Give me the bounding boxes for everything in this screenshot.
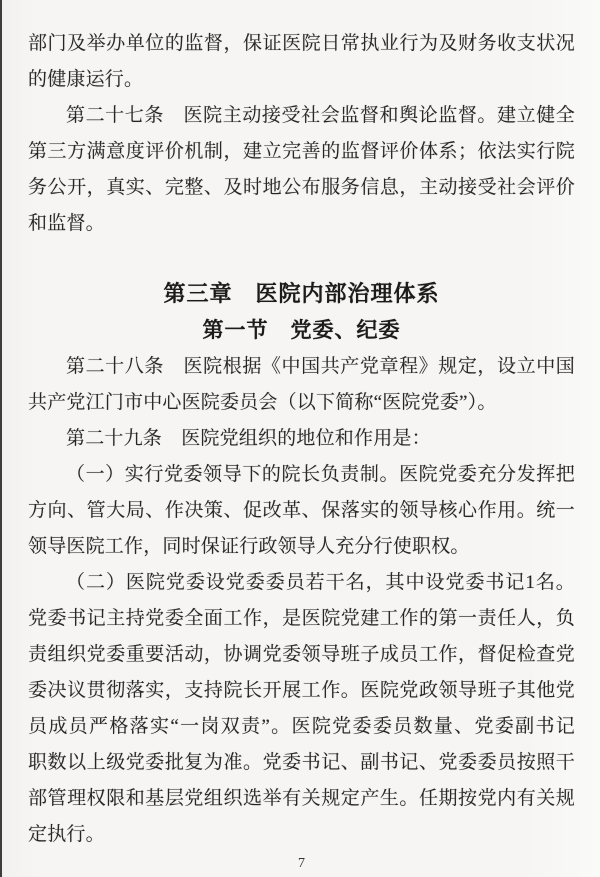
text-line: 第二十七条 医院主动接受社会监督和舆论监督。建立健全 xyxy=(28,98,575,134)
text-line: 第二十九条 医院党组织的地位和作用是： xyxy=(28,421,575,457)
text-line: （二）医院党委设党委委员若干名，其中设党委书记1名。 xyxy=(28,565,575,601)
text-line: 党委书记主持党委全面工作，是医院党建工作的第一责任人，负 xyxy=(28,601,575,637)
text-line: 第二十八条 医院根据《中国共产党章程》规定，设立中国 xyxy=(28,349,575,385)
text-line: 共产党江门市中心医院委员会（以下简称“医院党委”）。 xyxy=(28,385,575,421)
text-line: 部管理权限和基层党组织选举有关规定产生。任期按党内有关规 xyxy=(28,781,575,817)
text-line: 务公开，真实、完整、及时地公布服务信息，主动接受社会评价 xyxy=(28,170,575,206)
text-line: 第三方满意度评价机制，建立完善的监督评价体系；依法实行院 xyxy=(28,134,575,170)
chapter-heading: 第三章 医院内部治理体系 xyxy=(28,275,575,312)
text-line: 领导医院工作，同时保证行政领导人充分行使职权。 xyxy=(28,529,575,565)
text-flow: 部门及举办单位的监督，保证医院日常执业行为及财务收支状况的健康运行。第二十七条 … xyxy=(28,26,575,853)
document-page: 部门及举办单位的监督，保证医院日常执业行为及财务收支状况的健康运行。第二十七条 … xyxy=(0,0,600,877)
section-heading: 第一节 党委、纪委 xyxy=(28,312,575,349)
page-number: 7 xyxy=(28,855,575,873)
scan-edge-artifact xyxy=(0,0,2,877)
text-line: 的健康运行。 xyxy=(28,62,575,98)
text-line: 委决议贯彻落实，支持院长开展工作。医院党政领导班子其他党 xyxy=(28,673,575,709)
text-line: 方向、管大局、作决策、促改革、保落实的领导核心作用。统一 xyxy=(28,493,575,529)
text-line: （一）实行党委领导下的院长负责制。医院党委充分发挥把 xyxy=(28,457,575,493)
text-line: 和监督。 xyxy=(28,206,575,242)
text-line: 责组织党委重要活动，协调党委领导班子成员工作，督促检查党 xyxy=(28,637,575,673)
text-line: 员成员严格落实“一岗双责”。医院党委委员数量、党委副书记 xyxy=(28,709,575,745)
text-line: 定执行。 xyxy=(28,817,575,853)
text-line: 职数以上级党委批复为准。党委书记、副书记、党委委员按照干 xyxy=(28,745,575,781)
text-line: 部门及举办单位的监督，保证医院日常执业行为及财务收支状况 xyxy=(28,26,575,62)
